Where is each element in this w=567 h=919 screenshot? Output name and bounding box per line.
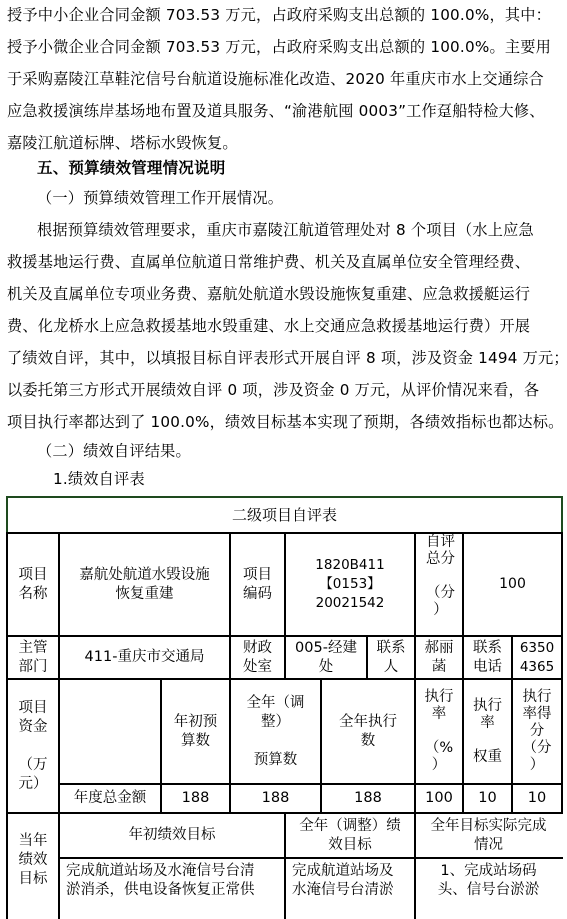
paragraph-line: 授予中小企业合同金额 703.53 万元，占政府采购支出总额的 100.0%，其…	[7, 5, 563, 25]
body-line: 机关及直属单位专项业务费、嘉航处航道水毁设施恢复重建、应急救援艇运行	[7, 284, 563, 304]
project-name-value: 嘉航处航道水毁设施 恢复重建	[60, 534, 229, 635]
table-border	[561, 496, 563, 532]
section-heading: 五、预算绩效管理情况说明	[37, 158, 567, 178]
goals-actual-value: 1、完成站场码 头、信号台淤淤	[416, 862, 561, 919]
funds-label: 项目 资金 （万 元）	[8, 680, 58, 812]
executed-header: 全年执行 数	[322, 680, 414, 783]
initial-budget-header: 年初预 算数	[162, 680, 229, 783]
finance-label: 财政 处室	[231, 637, 284, 678]
exec-score-value: 10	[513, 785, 561, 812]
phone-value: 6350 4365	[513, 637, 561, 678]
funds-row-label: 年度总金额	[60, 785, 160, 812]
body-line: 救援基地运行费、直属单位航道日常维护费、机关及直属单位安全管理经费、	[7, 252, 563, 272]
paragraph-line: 于采购嘉陵江草鞋沱信号台航道设施标准化改造、2020 年重庆市水上交通综合	[7, 69, 563, 89]
adjusted-budget-header: 全年（调 整） 预算数	[231, 680, 320, 783]
phone-label: 联系 电话	[464, 637, 511, 678]
contact-value: 郝丽 菡	[416, 637, 462, 678]
exec-rate-header: 执行 率 （% ）	[416, 680, 462, 783]
body-line: 了绩效自评，其中，以填报目标自评表形式开展自评 8 项，涉及资金 1494 万元…	[7, 348, 563, 368]
dept-label: 主管 部门	[8, 637, 58, 678]
body-line: 根据预算绩效管理要求，重庆市嘉陵江航道管理处对 8 个项目（水上应急	[37, 220, 567, 240]
initial-budget-value: 188	[162, 785, 229, 812]
adjusted-budget-value: 188	[231, 785, 320, 812]
project-name-label: 项目 名称	[8, 534, 58, 635]
goals-initial-header: 年初绩效目标	[60, 814, 284, 857]
subsection-heading: （一）预算绩效管理工作开展情况。	[37, 188, 567, 208]
contact-label: 联系 人	[368, 637, 414, 678]
project-code-value: 1820B411 【0153】 20021542	[286, 534, 414, 635]
goals-adjusted-value: 完成航道站场及 水淹信号台清淤	[286, 862, 414, 919]
paragraph-line: 授予小微企业合同金额 703.53 万元，占政府采购支出总额的 100.0%。主…	[7, 37, 563, 57]
table-border	[58, 857, 563, 859]
project-code-label: 项目 编码	[231, 534, 284, 635]
table-border	[561, 532, 563, 812]
exec-score-header: 执行 率得 分 （分 ）	[513, 680, 561, 783]
dept-value: 411-重庆市交通局	[60, 637, 229, 678]
body-line: 项目执行率都达到了 100.0%，绩效目标基本实现了预期，各绩效指标也都达标。	[7, 412, 563, 432]
body-line: 以委托第三方形式开展绩效自评 0 项，涉及资金 0 万元，从评价情况来看，各	[7, 380, 563, 400]
goals-adjusted-header: 全年（调整）绩 效目标	[286, 814, 414, 857]
finance-value: 005-经建 处	[286, 637, 366, 678]
executed-value: 188	[322, 785, 414, 812]
weight-value: 10	[464, 785, 511, 812]
paragraph-line: 应急救援演练岸基场地布置及道具服务、“渝港航囤 0003”工作趸船特检大修、	[7, 101, 563, 121]
goals-label: 当年 绩效 目标	[8, 814, 58, 919]
score-value: 100	[464, 534, 561, 635]
score-label: 自评 总分 （分 ）	[416, 534, 462, 635]
subsection-heading: （二）绩效自评结果。	[37, 441, 567, 461]
paragraph-line: 嘉陵江航道标牌、塔标水毁恢复。	[7, 133, 563, 153]
goals-initial-value: 完成航道站场及水淹信号台清 淤消杀，供电设备恢复正常供	[60, 862, 284, 919]
table-title: 二级项目自评表	[8, 498, 561, 532]
item-label: 1.绩效自评表	[53, 469, 567, 489]
body-line: 费、化龙桥水上应急救援基地水毁重建、水上交通应急救援基地运行费）开展	[7, 316, 563, 336]
exec-rate-value: 100	[416, 785, 462, 812]
goals-actual-header: 全年目标实际完成 情况	[416, 814, 561, 857]
weight-header: 执行 率 权重	[464, 680, 511, 783]
